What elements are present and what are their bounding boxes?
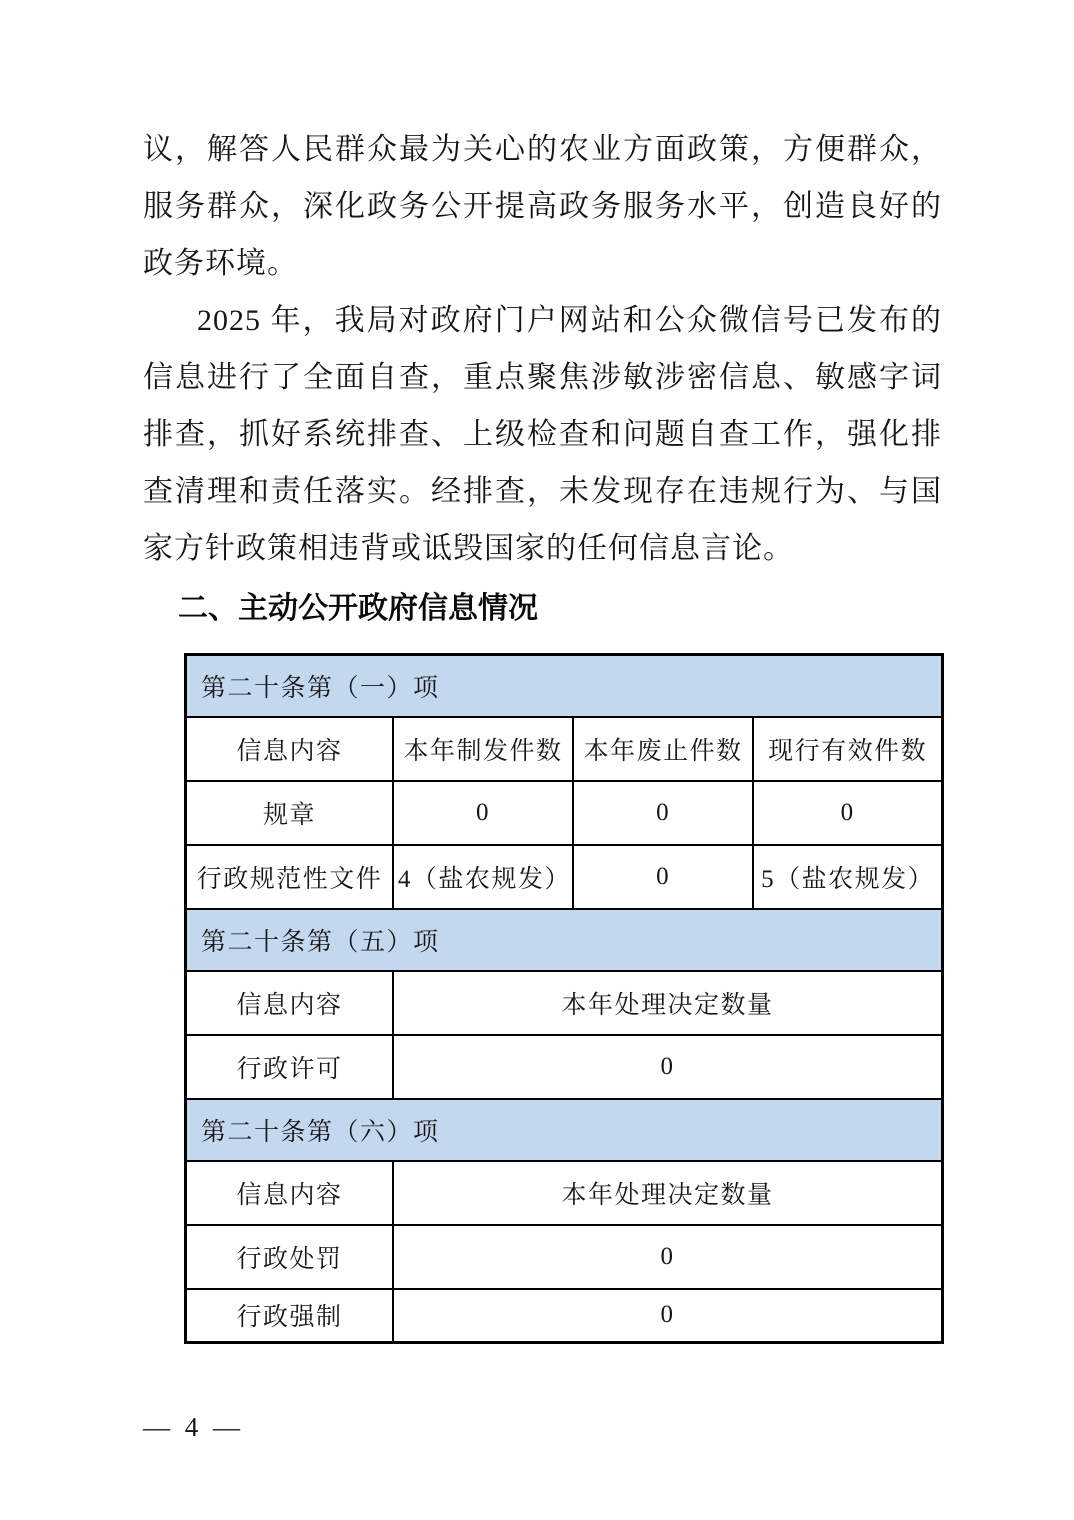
table-row: 行政规范性文件 4（盐农规发） 0 5（盐农规发） [186,845,943,909]
table-cell: 规章 [186,781,393,845]
page-number: — 4 — [143,1412,244,1442]
table-cell: 0 [753,781,942,845]
table-column-header: 本年处理决定数量 [393,971,943,1035]
table-cell: 0 [573,845,753,909]
table-section-band: 第二十条第（六）项 [186,1099,943,1161]
table-cell: 0 [393,781,573,845]
table-cell: 0 [573,781,753,845]
table-section-band-row: 第二十条第（六）项 [186,1099,943,1161]
table-cell: 行政许可 [186,1035,393,1099]
disclosure-table: 第二十条第（一）项 信息内容 本年制发件数 本年废止件数 现行有效件数 规章 0… [184,653,944,1344]
table-row: 行政处罚 0 [186,1225,943,1289]
body-paragraph: 议，解答人民群众最为关心的农业方面政策，方便群众，服务群众，深化政务公开提高政务… [143,121,942,292]
table-cell: 5（盐农规发） [753,845,942,909]
table-section-band-row: 第二十条第（一）项 [186,655,943,717]
table-header-row: 信息内容 本年处理决定数量 [186,1161,943,1225]
table-column-header: 信息内容 [186,717,393,781]
table-column-header: 本年制发件数 [393,717,573,781]
section-heading: 二、主动公开政府信息情况 [143,587,942,631]
table-column-header: 本年处理决定数量 [393,1161,943,1225]
table-cell: 行政处罚 [186,1225,393,1289]
table-header-row: 信息内容 本年处理决定数量 [186,971,943,1035]
table-column-header: 现行有效件数 [753,717,942,781]
document-page: 议，解答人民群众最为关心的农业方面政策，方便群众，服务群众，深化政务公开提高政务… [0,0,1074,1520]
table-cell: 0 [393,1225,943,1289]
table-cell: 4（盐农规发） [393,845,573,909]
table-section-band: 第二十条第（一）项 [186,655,943,717]
table-section-band-row: 第二十条第（五）项 [186,909,943,971]
table-column-header: 信息内容 [186,971,393,1035]
table-column-header: 本年废止件数 [573,717,753,781]
table-column-header: 信息内容 [186,1161,393,1225]
table-cell: 0 [393,1289,943,1343]
page-content: 议，解答人民群众最为关心的农业方面政策，方便群众，服务群众，深化政务公开提高政务… [143,121,942,1344]
table-row: 行政强制 0 [186,1289,943,1343]
body-paragraph: 2025 年，我局对政府门户网站和公众微信号已发布的信息进行了全面自查，重点聚焦… [143,292,942,577]
table-header-row: 信息内容 本年制发件数 本年废止件数 现行有效件数 [186,717,943,781]
table-cell: 行政强制 [186,1289,393,1343]
table-cell: 0 [393,1035,943,1099]
table-section-band: 第二十条第（五）项 [186,909,943,971]
table-row: 行政许可 0 [186,1035,943,1099]
table-row: 规章 0 0 0 [186,781,943,845]
table-cell: 行政规范性文件 [186,845,393,909]
page-footer: — 4 — [143,1412,244,1443]
table-wrapper: 第二十条第（一）项 信息内容 本年制发件数 本年废止件数 现行有效件数 规章 0… [184,653,942,1344]
